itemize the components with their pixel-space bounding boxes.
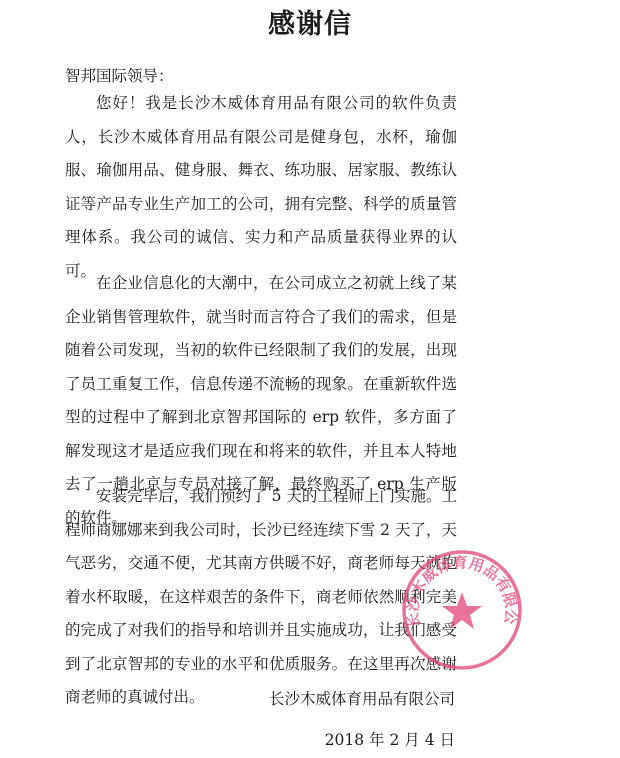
letter-greeting: 智邦国际领导： xyxy=(65,64,174,86)
letter-title: 感谢信 xyxy=(0,2,620,41)
letter-paragraph-3: 安装完毕后，我们预约了 5 天的工程师上门实施。工程师商娜娜来到我公司时，长沙已… xyxy=(65,480,457,715)
letter-paragraph-1: 您好！我是长沙木威体育用品有限公司的软件负责人，长沙木威体育用品有限公司是健身包… xyxy=(65,87,457,288)
signature-date: 2018 年 2 月 4 日 xyxy=(325,728,455,750)
signature-company: 长沙木威体育用品有限公司 xyxy=(269,687,455,709)
